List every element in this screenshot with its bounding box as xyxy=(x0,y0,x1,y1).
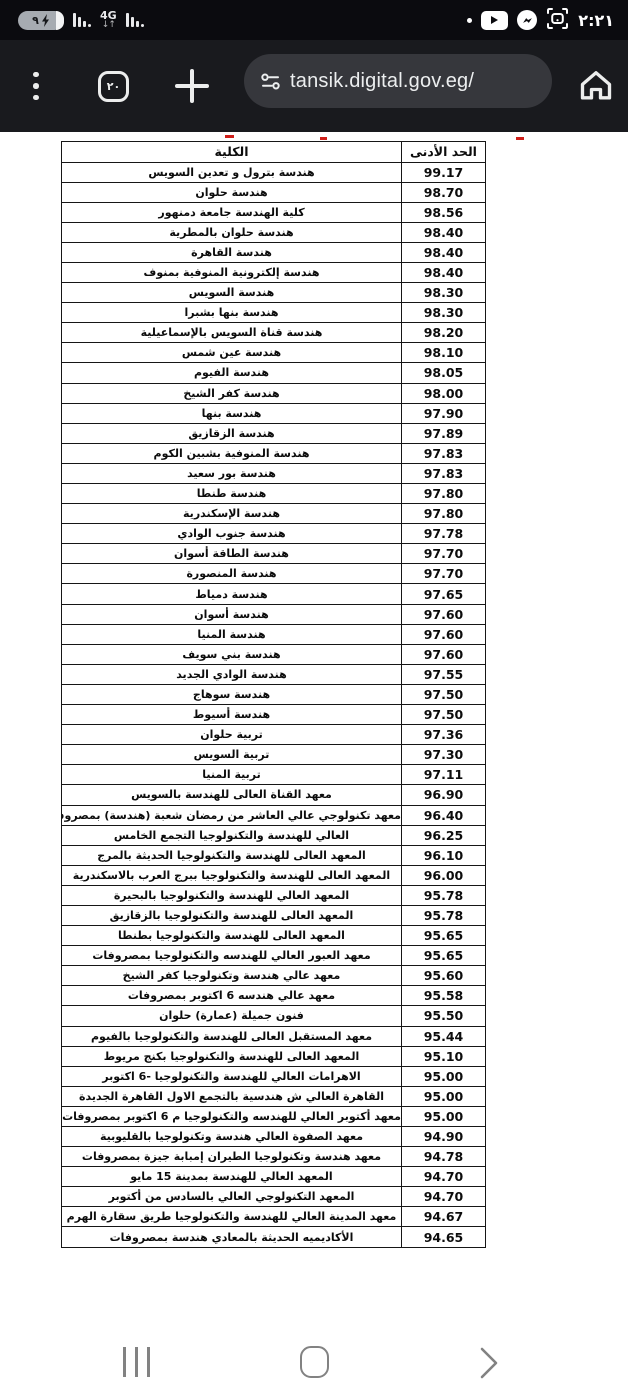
table-row: هندسة حلوان98.70 xyxy=(62,182,486,202)
table-row: المعهد العالي للهندسة بمدينة 15 مايو94.7… xyxy=(62,1167,486,1187)
table-row: هندسة بني سويف97.60 xyxy=(62,644,486,664)
min-score-cell: 97.36 xyxy=(402,725,486,745)
notification-dot-icon xyxy=(467,18,472,23)
table-row: معهد أكتوبر العالي للهندسه والتكنولوجيا … xyxy=(62,1106,486,1126)
table-row: هندسة المنصورة97.70 xyxy=(62,564,486,584)
min-score-cell: 98.30 xyxy=(402,303,486,323)
table-row: هندسة القاهرة98.40 xyxy=(62,242,486,262)
min-score-cell: 98.05 xyxy=(402,363,486,383)
results-table-container: الكلية الحد الأدنى هندسة بترول و تعدين ا… xyxy=(61,141,486,1323)
college-name-cell: كلية الهندسة جامعة دمنهور xyxy=(62,202,402,222)
table-row: معهد عالي هندسه 6 اكتوبر بمصروفات95.58 xyxy=(62,986,486,1006)
min-score-cell: 95.00 xyxy=(402,1066,486,1086)
min-score-cell: 95.65 xyxy=(402,926,486,946)
table-row: هندسة السويس98.30 xyxy=(62,283,486,303)
table-row: هندسة الزقازيق97.89 xyxy=(62,423,486,443)
table-header-row: الكلية الحد الأدنى xyxy=(62,142,486,163)
college-name-cell: المعهد العالى للهندسة والتكنولوجيا الحدي… xyxy=(62,845,402,865)
min-score-cell: 97.83 xyxy=(402,443,486,463)
college-name-cell: المعهد العالي للهندسة بمدينة 15 مايو xyxy=(62,1167,402,1187)
college-name-cell: هندسة الإسكندرية xyxy=(62,504,402,524)
table-row: هندسة المنيا97.60 xyxy=(62,624,486,644)
college-name-cell: الاهرامات العالي للهندسة والتكنولوجيا -6… xyxy=(62,1066,402,1086)
clipped-red-text-fragment xyxy=(225,135,234,138)
min-score-cell: 97.89 xyxy=(402,423,486,443)
college-name-cell: هندسة جنوب الوادي xyxy=(62,524,402,544)
web-page-content: الكلية الحد الأدنى هندسة بترول و تعدين ا… xyxy=(0,132,628,1400)
tab-switcher-button[interactable]: ٢٠ xyxy=(98,71,129,102)
min-score-cell: 94.67 xyxy=(402,1207,486,1227)
min-score-cell: 97.60 xyxy=(402,624,486,644)
college-name-cell: معهد الصفوة العالي هندسة وتكنولوجيا بالق… xyxy=(62,1127,402,1147)
college-name-cell: الأكاديميه الحديثة بالمعادي هندسة بمصروف… xyxy=(62,1227,402,1247)
college-name-cell: هندسة المنصورة xyxy=(62,564,402,584)
college-name-cell: هندسة حلوان بالمطرية xyxy=(62,222,402,242)
min-score-cell: 95.78 xyxy=(402,905,486,925)
college-name-cell: القاهرة العالي ش هندسية بالتجمع الاول ال… xyxy=(62,1086,402,1106)
min-score-cell: 97.55 xyxy=(402,664,486,684)
table-row: الاهرامات العالي للهندسة والتكنولوجيا -6… xyxy=(62,1066,486,1086)
college-name-cell: معهد تكنولوجي عالي العاشر من رمضان شعبة … xyxy=(62,805,402,825)
youtube-icon xyxy=(481,11,508,30)
college-name-cell: المعهد التكنولوجي العالي بالسادس من أكتو… xyxy=(62,1187,402,1207)
college-name-cell: هندسة بنها بشبرا xyxy=(62,303,402,323)
college-name-cell: هندسة دمياط xyxy=(62,584,402,604)
college-name-cell: معهد هندسة وتكنولوجيا الطيران إمبابة جيز… xyxy=(62,1147,402,1167)
table-row: هندسة بنها بشبرا98.30 xyxy=(62,303,486,323)
college-name-cell: هندسة المنوفية بشبين الكوم xyxy=(62,443,402,463)
table-row: معهد القناة العالى للهندسة بالسويس96.90 xyxy=(62,785,486,805)
college-name-cell: معهد القناة العالى للهندسة بالسويس xyxy=(62,785,402,805)
min-score-cell: 95.00 xyxy=(402,1086,486,1106)
table-row: معهد عالي هندسة وتكنولوجيا كفر الشيخ95.6… xyxy=(62,966,486,986)
network-4g-icon: 4G ↓↑ xyxy=(100,10,117,30)
clipped-red-text-fragment xyxy=(516,137,524,140)
min-score-cell: 94.90 xyxy=(402,1127,486,1147)
college-name-cell: المعهد العالى للهندسة والتكنولوجيا بكنج … xyxy=(62,1046,402,1066)
table-row: هندسة حلوان بالمطرية98.40 xyxy=(62,222,486,242)
table-row: معهد المستقبل العالى للهندسة والتكنولوجي… xyxy=(62,1026,486,1046)
table-row: المعهد العالى للهندسة والتكنولوجيا بالزق… xyxy=(62,905,486,925)
college-name-cell: تربية المنيا xyxy=(62,765,402,785)
table-row: المعهد العالى للهندسة والتكنولوجيا الحدي… xyxy=(62,845,486,865)
table-row: هندسة أسيوط97.50 xyxy=(62,705,486,725)
college-name-cell: المعهد العالى للهندسة والتكنولوجيا ببرج … xyxy=(62,865,402,885)
college-name-cell: هندسة بنها xyxy=(62,403,402,423)
table-row: المعهد العالى للهندسة والتكنولوجيا بطنطا… xyxy=(62,926,486,946)
college-name-cell: معهد المستقبل العالى للهندسة والتكنولوجي… xyxy=(62,1026,402,1046)
url-text: tansik.digital.gov.eg/ xyxy=(290,70,474,93)
table-row: معهد العبور العالي للهندسه والتكنولوجيا … xyxy=(62,946,486,966)
table-row: تربية حلوان97.36 xyxy=(62,725,486,745)
table-row: تربية السويس97.30 xyxy=(62,745,486,765)
college-name-cell: هندسة السويس xyxy=(62,283,402,303)
table-row: العالي للهندسة والتكنولوجيا التجمع الخام… xyxy=(62,825,486,845)
table-row: القاهرة العالي ش هندسية بالتجمع الاول ال… xyxy=(62,1086,486,1106)
college-name-cell: المعهد العالى للهندسة والتكنولوجيا بطنطا xyxy=(62,926,402,946)
college-name-cell: تربية حلوان xyxy=(62,725,402,745)
table-row: الأكاديميه الحديثة بالمعادي هندسة بمصروف… xyxy=(62,1227,486,1247)
table-row: هندسة عين شمس98.10 xyxy=(62,343,486,363)
min-score-cell: 98.56 xyxy=(402,202,486,222)
college-name-cell: هندسة أسيوط xyxy=(62,705,402,725)
android-nav-bar xyxy=(0,1332,628,1400)
status-bar: ٩ 4G ↓↑ xyxy=(0,0,628,40)
min-score-cell: 95.78 xyxy=(402,885,486,905)
min-score-cell: 98.10 xyxy=(402,343,486,363)
browser-toolbar: ٢٠ tansik.digital.gov.eg/ xyxy=(0,40,628,132)
table-row: هندسة طنطا97.80 xyxy=(62,484,486,504)
table-row: المعهد العالي للهندسة والتكنولوجيا بالبح… xyxy=(62,885,486,905)
signal-icon-sim1 xyxy=(73,13,91,27)
min-score-cell: 97.70 xyxy=(402,544,486,564)
min-score-cell: 97.78 xyxy=(402,524,486,544)
college-name-cell: هندسة الزقازيق xyxy=(62,423,402,443)
table-row: المعهد العالى للهندسة والتكنولوجيا ببرج … xyxy=(62,865,486,885)
back-icon[interactable] xyxy=(478,1346,500,1384)
college-name-cell: تربية السويس xyxy=(62,745,402,765)
min-score-cell: 97.60 xyxy=(402,644,486,664)
table-row: هندسة دمياط97.65 xyxy=(62,584,486,604)
min-score-cell: 95.60 xyxy=(402,966,486,986)
signal-icon-sim2 xyxy=(126,13,144,27)
college-name-cell: هندسة بترول و تعدين السويس xyxy=(62,162,402,182)
table-row: المعهد العالى للهندسة والتكنولوجيا بكنج … xyxy=(62,1046,486,1066)
min-score-cell: 98.20 xyxy=(402,323,486,343)
table-row: هندسة الفيوم98.05 xyxy=(62,363,486,383)
college-name-cell: هندسة أسوان xyxy=(62,604,402,624)
table-row: هندسة بترول و تعدين السويس99.17 xyxy=(62,162,486,182)
min-score-cell: 97.50 xyxy=(402,705,486,725)
min-score-cell: 95.10 xyxy=(402,1046,486,1066)
min-score-cell: 98.00 xyxy=(402,383,486,403)
battery-fill-cap xyxy=(56,11,64,30)
clock-time: ٢:٢١ xyxy=(578,11,614,30)
min-score-cell: 96.00 xyxy=(402,865,486,885)
table-row: كلية الهندسة جامعة دمنهور98.56 xyxy=(62,202,486,222)
min-score-cell: 98.40 xyxy=(402,242,486,262)
table-row: هندسة أسوان97.60 xyxy=(62,604,486,624)
table-row: هندسة جنوب الوادي97.78 xyxy=(62,524,486,544)
college-column-header: الكلية xyxy=(62,142,402,163)
tab-count: ٢٠ xyxy=(107,80,120,93)
min-score-cell: 97.80 xyxy=(402,504,486,524)
status-right-cluster: ٢:٢١ xyxy=(467,7,614,34)
page-info-icon[interactable] xyxy=(260,71,281,92)
college-name-cell: فنون جميلة (عمارة) حلوان xyxy=(62,1006,402,1026)
min-score-cell: 94.78 xyxy=(402,1147,486,1167)
battery-icon: ٩ xyxy=(18,11,64,30)
min-score-cell: 97.11 xyxy=(402,765,486,785)
clipped-red-text-fragment xyxy=(320,137,327,140)
table-row: المعهد التكنولوجي العالي بالسادس من أكتو… xyxy=(62,1187,486,1207)
charging-bolt-icon xyxy=(41,14,50,27)
college-name-cell: هندسة القاهرة xyxy=(62,242,402,262)
table-row: هندسة الطاقة أسوان97.70 xyxy=(62,544,486,564)
college-name-cell: هندسة الطاقة أسوان xyxy=(62,544,402,564)
new-tab-button[interactable] xyxy=(175,69,209,103)
min-score-cell: 95.44 xyxy=(402,1026,486,1046)
home-nav-icon[interactable] xyxy=(300,1346,329,1378)
table-row: هندسة الوادي الجديد97.55 xyxy=(62,664,486,684)
min-score-cell: 98.30 xyxy=(402,283,486,303)
table-row: معهد الصفوة العالي هندسة وتكنولوجيا بالق… xyxy=(62,1127,486,1147)
screen: ٩ 4G ↓↑ xyxy=(0,0,628,1400)
min-score-cell: 96.10 xyxy=(402,845,486,865)
college-name-cell: معهد العبور العالي للهندسه والتكنولوجيا … xyxy=(62,946,402,966)
college-name-cell: هندسة المنيا xyxy=(62,624,402,644)
table-row: فنون جميلة (عمارة) حلوان95.50 xyxy=(62,1006,486,1026)
college-name-cell: هندسة بني سويف xyxy=(62,644,402,664)
min-score-column-header: الحد الأدنى xyxy=(402,142,486,163)
battery-percent: ٩ xyxy=(32,14,39,27)
min-score-cell: 97.60 xyxy=(402,604,486,624)
min-score-cell: 97.30 xyxy=(402,745,486,765)
min-score-cell: 97.50 xyxy=(402,684,486,704)
results-table: الكلية الحد الأدنى هندسة بترول و تعدين ا… xyxy=(61,141,486,1248)
url-bar[interactable]: tansik.digital.gov.eg/ xyxy=(244,54,552,108)
min-score-cell: 97.70 xyxy=(402,564,486,584)
college-name-cell: هندسة سوهاج xyxy=(62,684,402,704)
table-row: هندسة إلكترونية المنوفية بمنوف98.40 xyxy=(62,262,486,282)
college-name-cell: هندسة حلوان xyxy=(62,182,402,202)
min-score-cell: 94.70 xyxy=(402,1187,486,1207)
college-name-cell: هندسة بور سعيد xyxy=(62,463,402,483)
college-name-cell: معهد المدينة العالي للهندسة والتكنولوجيا… xyxy=(62,1207,402,1227)
table-row: معهد تكنولوجي عالي العاشر من رمضان شعبة … xyxy=(62,805,486,825)
min-score-cell: 97.83 xyxy=(402,463,486,483)
table-row: هندسة كفر الشيخ98.00 xyxy=(62,383,486,403)
table-row: هندسة الإسكندرية97.80 xyxy=(62,504,486,524)
table-row: هندسة بور سعيد97.83 xyxy=(62,463,486,483)
college-name-cell: هندسة كفر الشيخ xyxy=(62,383,402,403)
min-score-cell: 95.50 xyxy=(402,1006,486,1026)
table-row: هندسة بنها97.90 xyxy=(62,403,486,423)
college-name-cell: العالي للهندسة والتكنولوجيا التجمع الخام… xyxy=(62,825,402,845)
screen-capture-icon xyxy=(546,7,569,34)
college-name-cell: هندسة طنطا xyxy=(62,484,402,504)
college-name-cell: هندسة الوادي الجديد xyxy=(62,664,402,684)
min-score-cell: 98.70 xyxy=(402,182,486,202)
min-score-cell: 96.40 xyxy=(402,805,486,825)
min-score-cell: 97.90 xyxy=(402,403,486,423)
messenger-icon xyxy=(517,10,537,30)
min-score-cell: 97.65 xyxy=(402,584,486,604)
table-row: معهد هندسة وتكنولوجيا الطيران إمبابة جيز… xyxy=(62,1147,486,1167)
overflow-menu-button[interactable] xyxy=(16,72,56,101)
min-score-cell: 97.80 xyxy=(402,484,486,504)
college-name-cell: هندسة عين شمس xyxy=(62,343,402,363)
status-left-cluster: ٩ 4G ↓↑ xyxy=(18,10,144,30)
college-name-cell: معهد عالي هندسه 6 اكتوبر بمصروفات xyxy=(62,986,402,1006)
min-score-cell: 95.65 xyxy=(402,946,486,966)
min-score-cell: 98.40 xyxy=(402,222,486,242)
min-score-cell: 96.25 xyxy=(402,825,486,845)
college-name-cell: هندسة قناة السويس بالإسماعيلية xyxy=(62,323,402,343)
college-name-cell: المعهد العالى للهندسة والتكنولوجيا بالزق… xyxy=(62,905,402,925)
min-score-cell: 99.17 xyxy=(402,162,486,182)
college-name-cell: هندسة الفيوم xyxy=(62,363,402,383)
home-button[interactable] xyxy=(578,68,614,106)
min-score-cell: 98.40 xyxy=(402,262,486,282)
min-score-cell: 95.00 xyxy=(402,1106,486,1126)
table-row: معهد المدينة العالي للهندسة والتكنولوجيا… xyxy=(62,1207,486,1227)
college-name-cell: معهد عالي هندسة وتكنولوجيا كفر الشيخ xyxy=(62,966,402,986)
min-score-cell: 94.65 xyxy=(402,1227,486,1247)
table-row: هندسة المنوفية بشبين الكوم97.83 xyxy=(62,443,486,463)
min-score-cell: 96.90 xyxy=(402,785,486,805)
min-score-cell: 95.58 xyxy=(402,986,486,1006)
table-row: تربية المنيا97.11 xyxy=(62,765,486,785)
college-name-cell: هندسة إلكترونية المنوفية بمنوف xyxy=(62,262,402,282)
college-name-cell: المعهد العالي للهندسة والتكنولوجيا بالبح… xyxy=(62,885,402,905)
college-name-cell: معهد أكتوبر العالي للهندسه والتكنولوجيا … xyxy=(62,1106,402,1126)
min-score-cell: 94.70 xyxy=(402,1167,486,1187)
recents-icon[interactable] xyxy=(123,1347,150,1377)
table-row: هندسة قناة السويس بالإسماعيلية98.20 xyxy=(62,323,486,343)
table-row: هندسة سوهاج97.50 xyxy=(62,684,486,704)
